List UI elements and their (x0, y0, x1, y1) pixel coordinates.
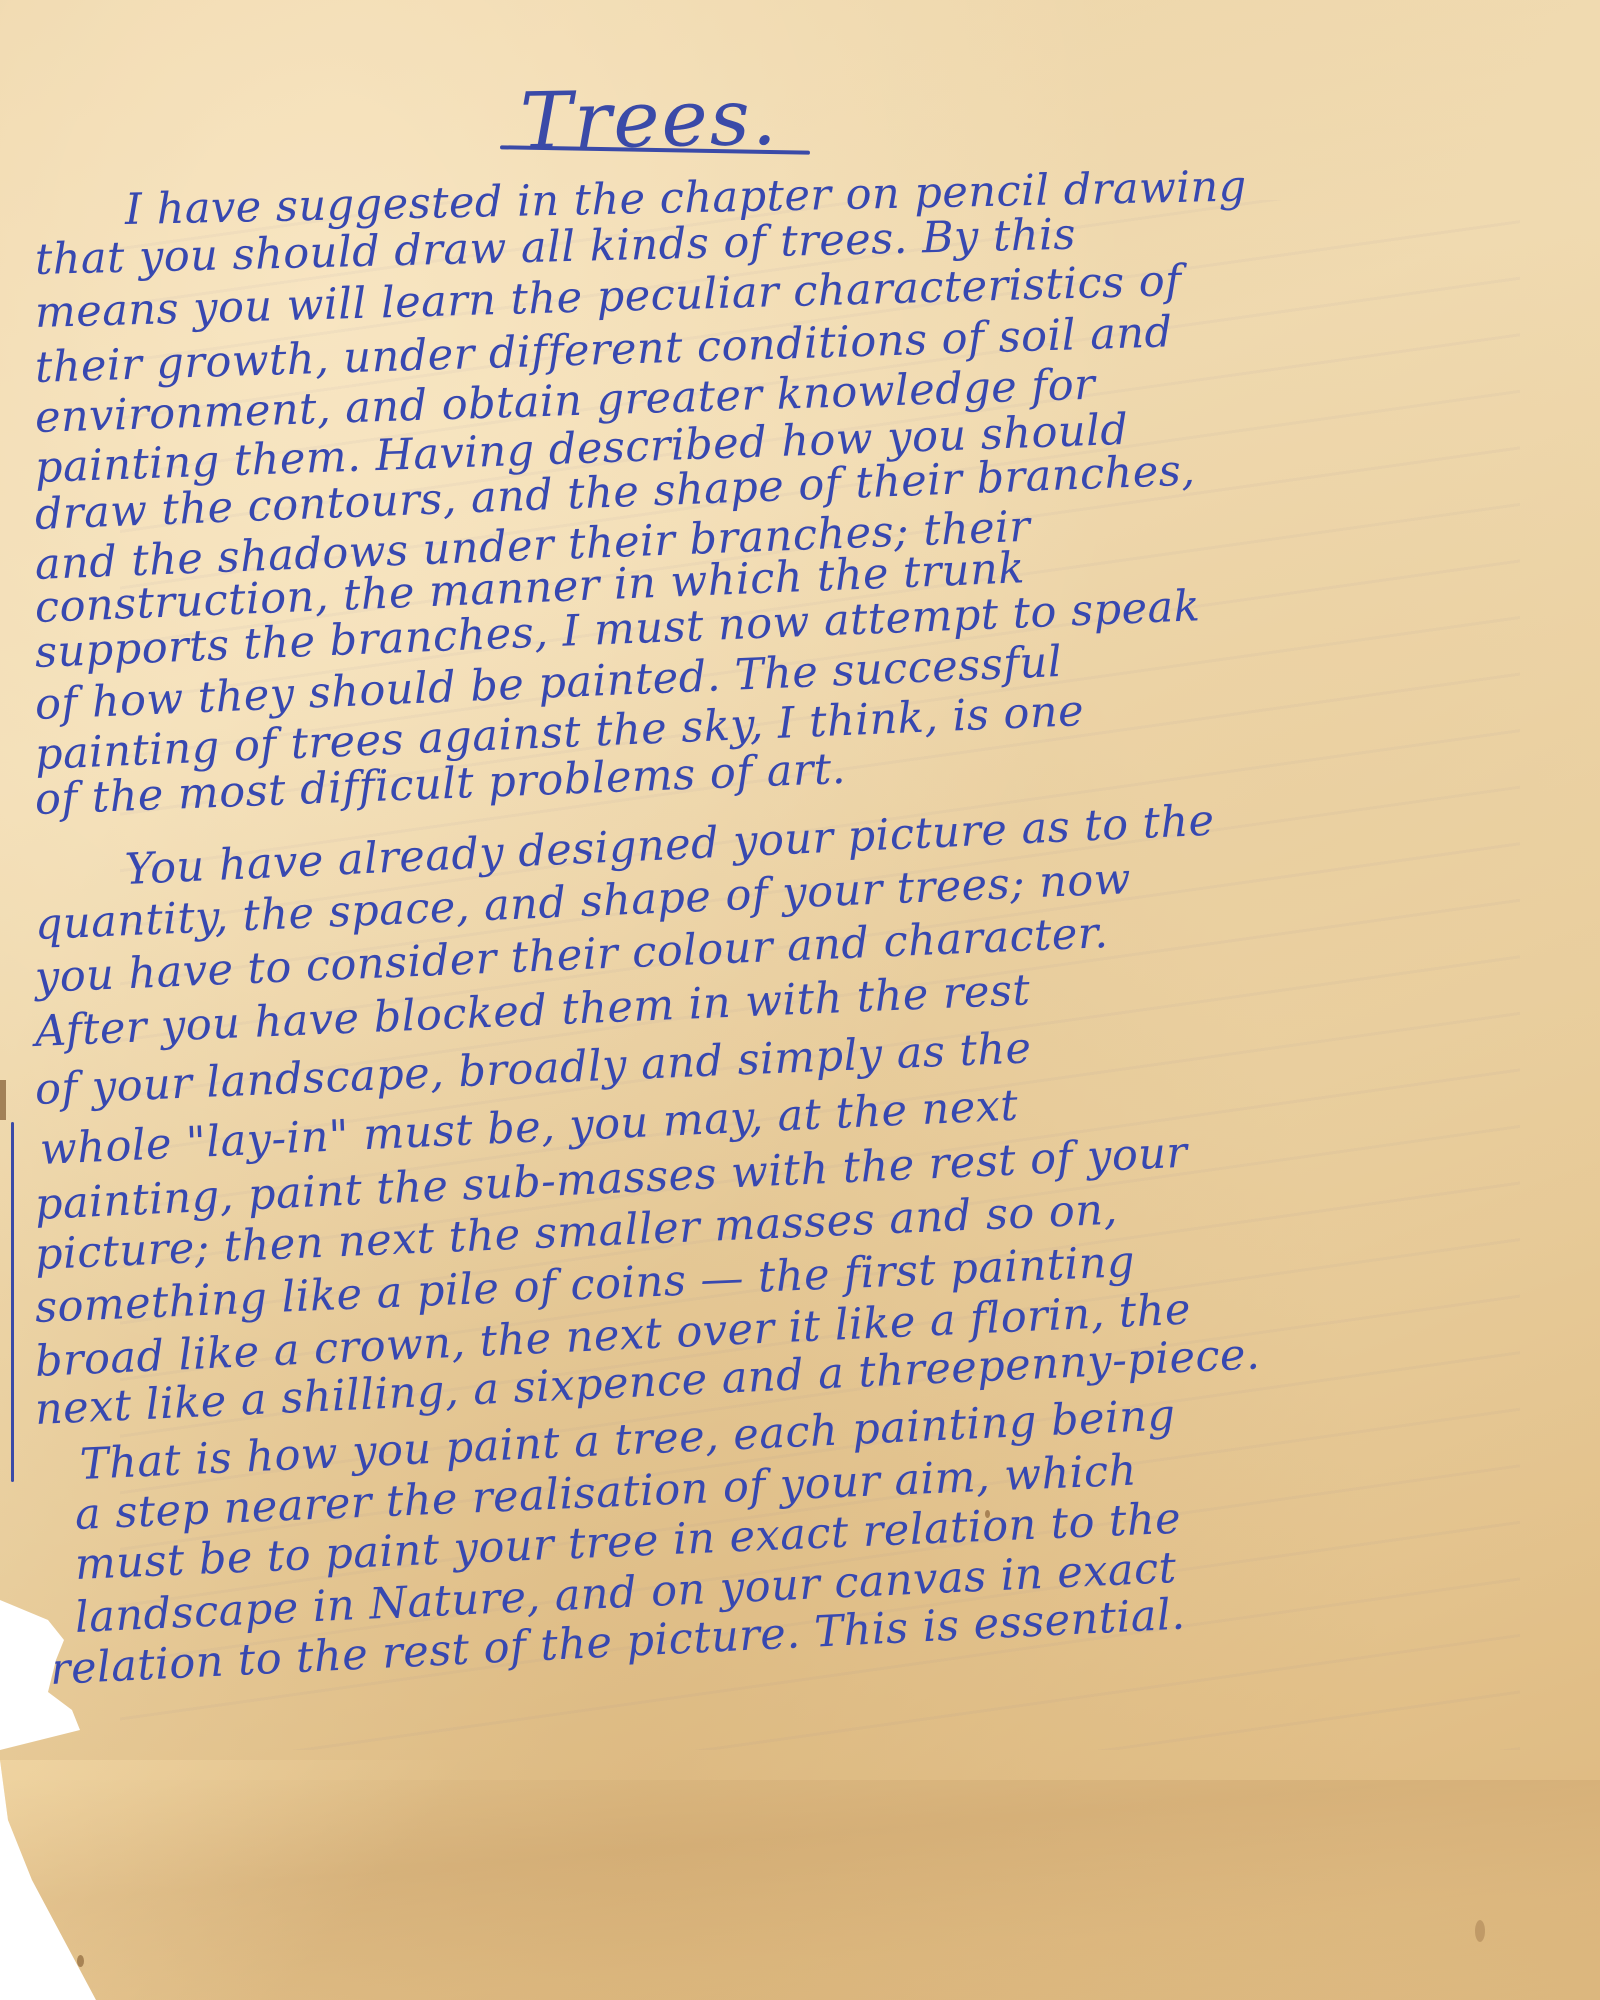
paper-spot (985, 1510, 990, 1518)
margin-bracket-line (11, 1122, 14, 1482)
paper-fold-highlight (0, 1760, 600, 2000)
paper-spot (77, 1955, 84, 1967)
manuscript-page: Trees. I have suggested in the chapter o… (0, 0, 1600, 2000)
paper-spot (1475, 1920, 1485, 1942)
edge-stain (0, 1080, 6, 1120)
paper-fold-shadow (0, 1780, 1600, 2000)
